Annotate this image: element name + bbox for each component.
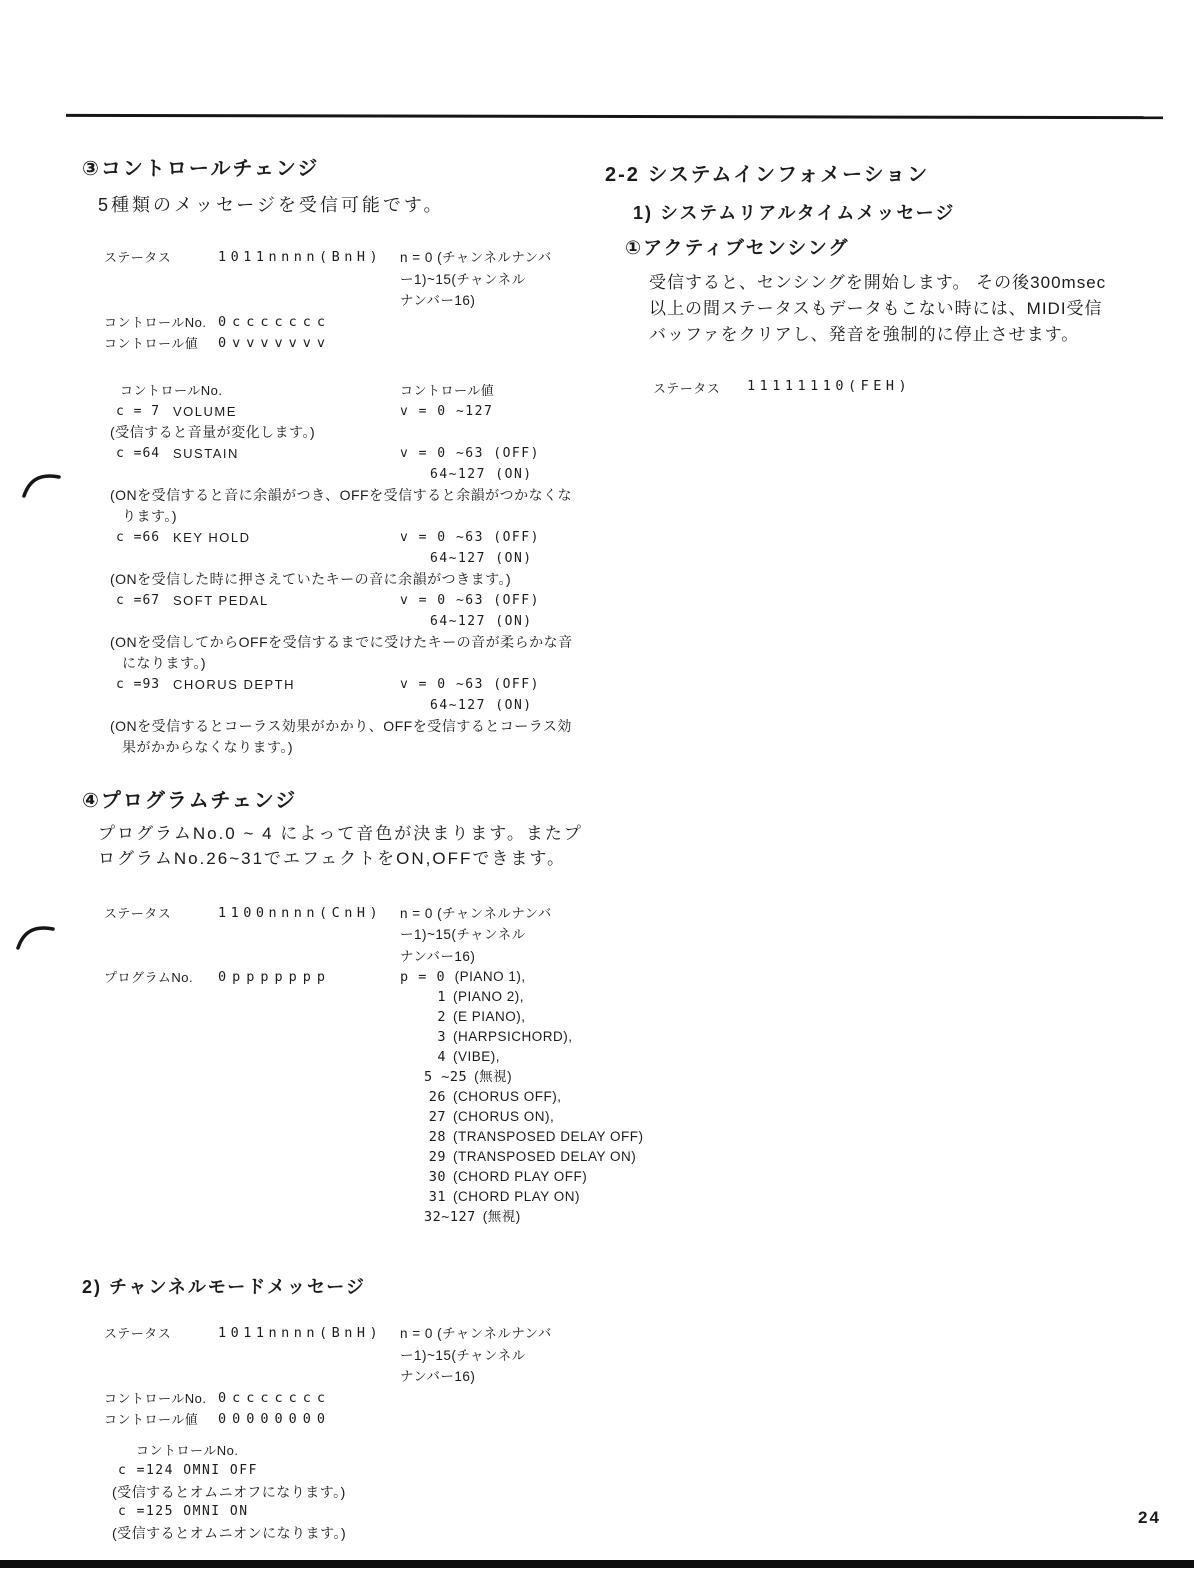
status-note: n = 0 (チャンネルナンバ	[400, 1323, 552, 1345]
section-channel-mode: 2) チャンネルモードメッセージ ステータス 1011nnnn(BnH) n =…	[82, 1273, 627, 1543]
control-row: c =67 SOFT PEDAL v = 0 ~63 (OFF) 64~127 …	[116, 590, 627, 674]
program-item: 27 (CHORUS ON),	[424, 1107, 644, 1127]
status-note: ナンバー16)	[400, 290, 552, 312]
control-value-2: 64~127 (ON)	[430, 611, 627, 632]
control-no-row: コントロールNo. 0ccccccc	[104, 312, 627, 334]
control-value-row: コントロール値 00000000	[104, 1409, 627, 1431]
section-intro: 5種類のメッセージを受信可能です。	[98, 191, 627, 217]
program-no-row: プログラムNo. 0ppppppp p = 0 (PIANO 1), 1 (PI…	[104, 967, 627, 1227]
page-number: 24	[1138, 1508, 1161, 1528]
channel-mode-detail: コントロールNo. c =124 OMNI OFF (受信するとオムニオフになり…	[116, 1441, 627, 1544]
section-system-information: 2-2 システムインフォメーション 1) システムリアルタイムメッセージ ①アク…	[605, 158, 1180, 397]
program-item-no: 3	[424, 1027, 446, 1047]
pen-mark-icon	[20, 466, 62, 502]
program-item-no: 26	[424, 1087, 446, 1107]
program-item-no: 4	[424, 1047, 446, 1067]
control-no-code: 0ccccccc	[218, 1388, 400, 1410]
control-value-row: コントロール値 0vvvvvvv	[104, 333, 627, 355]
status-block: ステータス 1100nnnn(CnH) n = 0 (チャンネルナンバ ー1)~…	[104, 903, 627, 1228]
program-item: 3 (HARPSICHORD),	[424, 1027, 644, 1047]
control-value-2: 64~127 (ON)	[430, 548, 627, 569]
control-value: v = 0 ~63 (OFF)	[400, 443, 540, 464]
program-item-label: (無視)	[483, 1207, 521, 1227]
status-row: ステータス 1100nnnn(CnH) n = 0 (チャンネルナンバ ー1)~…	[104, 903, 627, 968]
control-name: SOFT PEDAL	[173, 590, 400, 611]
control-value-2: 64~127 (ON)	[430, 464, 627, 485]
status-code: 11111110(FEH)	[747, 378, 911, 397]
program-item: 32~127 (無視)	[424, 1207, 644, 1227]
control-value: v = 0 ~127	[400, 401, 493, 422]
control-value-code: 0vvvvvvv	[218, 333, 400, 355]
program-item-label: (TRANSPOSED DELAY ON)	[453, 1147, 636, 1167]
header-control-value: コントロール値	[400, 380, 494, 401]
status-note: n = 0 (チャンネルナンバ	[400, 903, 552, 925]
program-item-label: (CHORUS ON),	[453, 1107, 554, 1127]
control-row: c =93 CHORUS DEPTH v = 0 ~63 (OFF) 64~12…	[116, 674, 627, 758]
status-row: ステータス 11111110(FEH)	[653, 378, 1180, 397]
control-number: c =67	[116, 590, 173, 611]
control-value: v = 0 ~63 (OFF)	[400, 527, 540, 548]
control-name: CHORUS DEPTH	[173, 674, 400, 695]
detail-code: c =124 OMNI OFF	[118, 1461, 627, 1482]
section-intro: プログラムNo.0 ~ 4 によって音色が決まります。またプ ログラムNo.26…	[98, 821, 627, 871]
status-note: n = 0 (チャンネルナンバ	[400, 247, 552, 269]
program-item-prefix: p = 0	[400, 967, 446, 987]
status-label: ステータス	[104, 1323, 218, 1345]
status-block: ステータス 1011nnnn(BnH) n = 0 (チャンネルナンバ ー1)~…	[104, 1323, 627, 1431]
control-note: (受信すると音量が変化します。)	[110, 422, 627, 443]
section-heading: ③コントロールチェンジ	[82, 152, 627, 181]
control-no-label: コントロールNo.	[104, 312, 218, 334]
status-row: ステータス 1011nnnn(BnH) n = 0 (チャンネルナンバ ー1)~…	[104, 247, 627, 312]
control-number: c =93	[116, 674, 173, 695]
status-notes: n = 0 (チャンネルナンバ ー1)~15(チャンネル ナンバー16)	[400, 903, 552, 968]
status-block: ステータス 1011nnnn(BnH) n = 0 (チャンネルナンバ ー1)~…	[104, 247, 627, 355]
program-item-no: 28	[424, 1127, 446, 1147]
program-item-no: 2	[424, 1007, 446, 1027]
detail-note: (受信するとオムニオフになります。)	[112, 1482, 627, 1503]
program-item: 28 (TRANSPOSED DELAY OFF)	[424, 1127, 644, 1147]
intro-line: プログラムNo.0 ~ 4 によって音色が決まります。またプ	[98, 821, 627, 846]
program-item-label: (無視)	[474, 1067, 512, 1087]
control-value-2: 64~127 (ON)	[430, 695, 627, 716]
control-table: コントロールNo. コントロール値 c = 7 VOLUME v = 0 ~12…	[116, 380, 627, 758]
status-code: 1100nnnn(CnH)	[218, 903, 400, 925]
program-item-label: (CHORD PLAY OFF)	[453, 1167, 587, 1187]
detail-label: コントロールNo.	[136, 1441, 627, 1462]
right-column: 2-2 システムインフォメーション 1) システムリアルタイムメッセージ ①アク…	[605, 158, 1180, 397]
status-note: ー1)~15(チャンネル	[400, 924, 552, 946]
control-number: c =66	[116, 527, 173, 548]
control-name: SUSTAIN	[173, 443, 400, 464]
paragraph-line: 受信すると、センシングを開始します。 その後300msec	[649, 270, 1180, 296]
status-code: 1011nnnn(BnH)	[218, 247, 400, 269]
program-item: 26 (CHORUS OFF),	[424, 1087, 644, 1107]
section-heading: 2-2 システムインフォメーション	[605, 158, 1180, 187]
section-control-change: ③コントロールチェンジ 5種類のメッセージを受信可能です。 ステータス 1011…	[82, 152, 627, 758]
pen-mark-icon	[14, 918, 56, 954]
control-row: c = 7 VOLUME v = 0 ~127 (受信すると音量が変化します。)	[116, 401, 627, 443]
program-no-code: 0ppppppp	[218, 967, 400, 989]
control-value-code: 00000000	[218, 1409, 400, 1431]
program-item-label: (TRANSPOSED DELAY OFF)	[453, 1127, 644, 1147]
control-note: (ONを受信した時に押さえていたキーの音に余韻がつきます。)	[110, 569, 627, 590]
sub-heading: 1) システムリアルタイムメッセージ	[633, 199, 1180, 225]
detail-note: (受信するとオムニオンになります。)	[112, 1523, 627, 1544]
detail-code: c =125 OMNI ON	[118, 1502, 627, 1523]
control-number: c = 7	[116, 401, 173, 422]
control-note: になります。)	[122, 653, 627, 674]
program-item: 2 (E PIANO),	[424, 1007, 644, 1027]
program-item-no: 27	[424, 1107, 446, 1127]
sub-heading: ①アクティブセンシング	[625, 233, 1180, 260]
status-note: ナンバー16)	[400, 946, 552, 968]
status-row: ステータス 1011nnnn(BnH) n = 0 (チャンネルナンバ ー1)~…	[104, 1323, 627, 1388]
control-row: c =64 SUSTAIN v = 0 ~63 (OFF) 64~127 (ON…	[116, 443, 627, 527]
control-row: c =66 KEY HOLD v = 0 ~63 (OFF) 64~127 (O…	[116, 527, 627, 590]
program-item: 1 (PIANO 2),	[424, 987, 644, 1007]
section-heading: 2) チャンネルモードメッセージ	[82, 1273, 627, 1299]
status-code: 1011nnnn(BnH)	[218, 1323, 400, 1345]
program-item-label: (VIBE),	[453, 1047, 500, 1067]
control-note: 果がかからなくなります。)	[122, 737, 627, 758]
program-item: 31 (CHORD PLAY ON)	[424, 1187, 644, 1207]
left-column: ③コントロールチェンジ 5種類のメッセージを受信可能です。 ステータス 1011…	[82, 152, 627, 1543]
status-label: ステータス	[653, 378, 747, 397]
program-item-no: 32~127	[424, 1207, 476, 1227]
status-note: ー1)~15(チャンネル	[400, 269, 552, 291]
status-label: ステータス	[104, 247, 218, 269]
header-control-no: コントロールNo.	[120, 380, 400, 401]
program-item-label: (CHORD PLAY ON)	[453, 1187, 580, 1207]
program-item-no: 29	[424, 1147, 446, 1167]
control-value: v = 0 ~63 (OFF)	[400, 590, 540, 611]
control-no-row: コントロールNo. 0ccccccc	[104, 1388, 627, 1410]
program-list: p = 0 (PIANO 1), 1 (PIANO 2), 2 (E PIANO…	[400, 967, 644, 1227]
document-page: ③コントロールチェンジ 5種類のメッセージを受信可能です。 ステータス 1011…	[0, 0, 1194, 1574]
status-note: ー1)~15(チャンネル	[400, 1345, 552, 1367]
program-item-label: (CHORUS OFF),	[453, 1087, 562, 1107]
intro-line: ログラムNo.26~31でエフェクトをON,OFFできます。	[98, 846, 627, 871]
control-note: (ONを受信してからOFFを受信するまでに受けたキーの音が柔らかな音	[110, 632, 627, 653]
control-name: VOLUME	[173, 401, 400, 422]
status-label: ステータス	[104, 903, 218, 925]
paragraph-line: バッファをクリアし、発音を強制的に停止させます。	[649, 322, 1180, 348]
control-note: (ONを受信するとコーラス効果がかかり、OFFを受信するとコーラス効	[110, 716, 627, 737]
program-no-label: プログラムNo.	[104, 967, 218, 989]
control-table-header: コントロールNo. コントロール値	[120, 380, 627, 401]
program-item-label: (HARPSICHORD),	[453, 1027, 573, 1047]
control-note: (ONを受信すると音に余韻がつき、OFFを受信すると余韻がつかなくな	[110, 485, 627, 506]
header-rule	[66, 114, 1163, 119]
status-notes: n = 0 (チャンネルナンバ ー1)~15(チャンネル ナンバー16)	[400, 247, 552, 312]
program-item: p = 0 (PIANO 1),	[400, 967, 644, 987]
control-value: v = 0 ~63 (OFF)	[400, 674, 540, 695]
paragraph: 受信すると、センシングを開始します。 その後300msec 以上の間ステータスも…	[649, 270, 1180, 348]
program-item: 4 (VIBE),	[424, 1047, 644, 1067]
paragraph-line: 以上の間ステータスもデータもこない時には、MIDI受信	[649, 296, 1180, 322]
program-item-no: 5 ~25	[424, 1067, 467, 1087]
program-item-label: (PIANO 2),	[453, 987, 524, 1007]
status-note: ナンバー16)	[400, 1366, 552, 1388]
control-note: ります。)	[122, 506, 627, 527]
program-item: 29 (TRANSPOSED DELAY ON)	[424, 1147, 644, 1167]
program-item: 5 ~25 (無視)	[424, 1067, 644, 1087]
program-item-label: (E PIANO),	[453, 1007, 526, 1027]
control-value-label: コントロール値	[104, 333, 218, 355]
section-program-change: ④プログラムチェンジ プログラムNo.0 ~ 4 によって音色が決まります。また…	[82, 784, 627, 1228]
control-no-code: 0ccccccc	[218, 312, 400, 334]
control-number: c =64	[116, 443, 173, 464]
program-item-label: (PIANO 1),	[455, 967, 526, 987]
section-heading: ④プログラムチェンジ	[82, 784, 627, 813]
program-item-no: 30	[424, 1167, 446, 1187]
control-no-label: コントロールNo.	[104, 1388, 218, 1410]
program-item: 30 (CHORD PLAY OFF)	[424, 1167, 644, 1187]
control-value-label: コントロール値	[104, 1409, 218, 1431]
program-item-no: 1	[424, 987, 446, 1007]
status-notes: n = 0 (チャンネルナンバ ー1)~15(チャンネル ナンバー16)	[400, 1323, 552, 1388]
control-name: KEY HOLD	[173, 527, 400, 548]
footer-rule	[0, 1560, 1194, 1568]
program-item-no: 31	[424, 1187, 446, 1207]
